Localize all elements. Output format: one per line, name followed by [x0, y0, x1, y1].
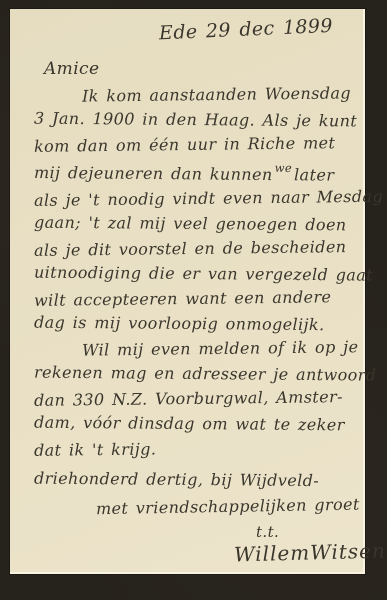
- letter-line-part: later: [294, 165, 334, 184]
- letter-line: als je dit voorstel en de bescheiden: [34, 234, 347, 263]
- letter-line: driehonderd dertig, bij Wijdveld-: [34, 466, 347, 494]
- letter-line: kom dan om één uur in Riche met: [34, 130, 347, 159]
- letter-line: Wil mij even melden of ik op je: [82, 335, 347, 363]
- letter-line: dat ik 't krijg.: [34, 434, 347, 463]
- letter-line: 3 Jan. 1900 in den Haag. Als je kunt: [34, 106, 347, 134]
- letter-line: dam, vóór dinsdag om wat te zeker: [34, 410, 347, 438]
- letter-line: uitnoodiging die er van vergezeld gaat: [34, 260, 347, 288]
- date-line: Ede 29 dec 1899: [34, 14, 348, 50]
- letter-line: rekenen mag en adresseer je antwoord: [34, 360, 347, 388]
- letter-line: als je 't noodig vindt even naar Mesdag: [34, 184, 347, 213]
- letter-line-with-insertion: mij dejeuneren dan kunnenwelater: [34, 156, 347, 188]
- letter-line: gaan; 't zal mij veel genoegen doen: [34, 210, 347, 238]
- greeting: Amice: [44, 59, 347, 79]
- scan-background: Ede 29 dec 1899 Amice Ik kom aanstaanden…: [0, 0, 387, 600]
- letter-line-part: mij dejeuneren dan kunnen: [34, 163, 273, 184]
- letter-line: Ik kom aanstaanden Woensdag: [82, 80, 347, 108]
- closing-line: met vriendschappelijken groet: [96, 492, 347, 521]
- inserted-word: we: [275, 156, 293, 181]
- letter-line: dan 330 N.Z. Voorburgwal, Amster-: [34, 384, 347, 413]
- signature: WillemWitsen: [234, 540, 348, 567]
- letter-line: wilt accepteeren want een andere: [34, 284, 347, 313]
- signoff: t.t.: [256, 523, 347, 541]
- letter-page: Ede 29 dec 1899 Amice Ik kom aanstaanden…: [10, 9, 365, 574]
- letter-line: dag is mij voorloopig onmogelijk.: [34, 310, 347, 338]
